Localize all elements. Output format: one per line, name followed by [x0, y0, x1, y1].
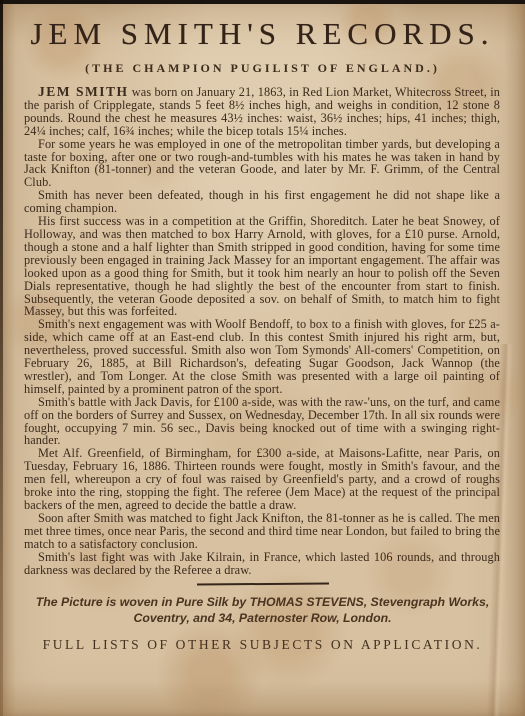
page-left-edge [0, 0, 3, 716]
document-page: JEM SMITH'S RECORDS. (THE CHAMPION PUGIL… [0, 0, 525, 716]
application-note: FULL LISTS OF OTHER SUBJECTS ON APPLICAT… [0, 637, 525, 653]
document-footer: The Picture is woven in Pure Silk by THO… [0, 594, 525, 653]
paragraph-jack-davis: Smith's battle with Jack Davis, for £100… [24, 396, 500, 448]
footer-divider-rule [196, 583, 328, 586]
page-subtitle: (THE CHAMPION PUGILIST OF ENGLAND.) [0, 61, 525, 76]
paragraph-knifton-matches: Soon after Smith was matched to fight Ja… [24, 512, 500, 551]
silk-credit-line-1: The Picture is woven in Pure Silk by THO… [0, 594, 525, 610]
paragraph-never-defeated: Smith has never been defeated, though in… [24, 189, 500, 215]
document-header: JEM SMITH'S RECORDS. (THE CHAMPION PUGIL… [0, 16, 525, 76]
lead-name: JEM SMITH [38, 84, 129, 99]
page-top-border [0, 0, 525, 4]
silk-credit-line-2: Coventry, and 34, Paternoster Row, Londo… [0, 610, 525, 626]
paragraph-timber-yards: For some years he was employed in one of… [24, 138, 500, 190]
paragraph-bendoff-competition: Smith's next engagement was with Woolf B… [24, 318, 500, 395]
paragraph-kilrain: Smith's last fight was with Jake Kilrain… [24, 551, 500, 577]
paragraph-first-success: His first success was in a competition a… [24, 215, 500, 318]
paragraph-greenfield: Met Alf. Greenfield, of Birmingham, for … [24, 447, 500, 512]
article-body: JEM SMITH was born on January 21, 1863, … [24, 86, 500, 576]
page-title: JEM SMITH'S RECORDS. [10, 16, 515, 52]
paragraph-birth-measurements: JEM SMITH was born on January 21, 1863, … [24, 86, 500, 138]
